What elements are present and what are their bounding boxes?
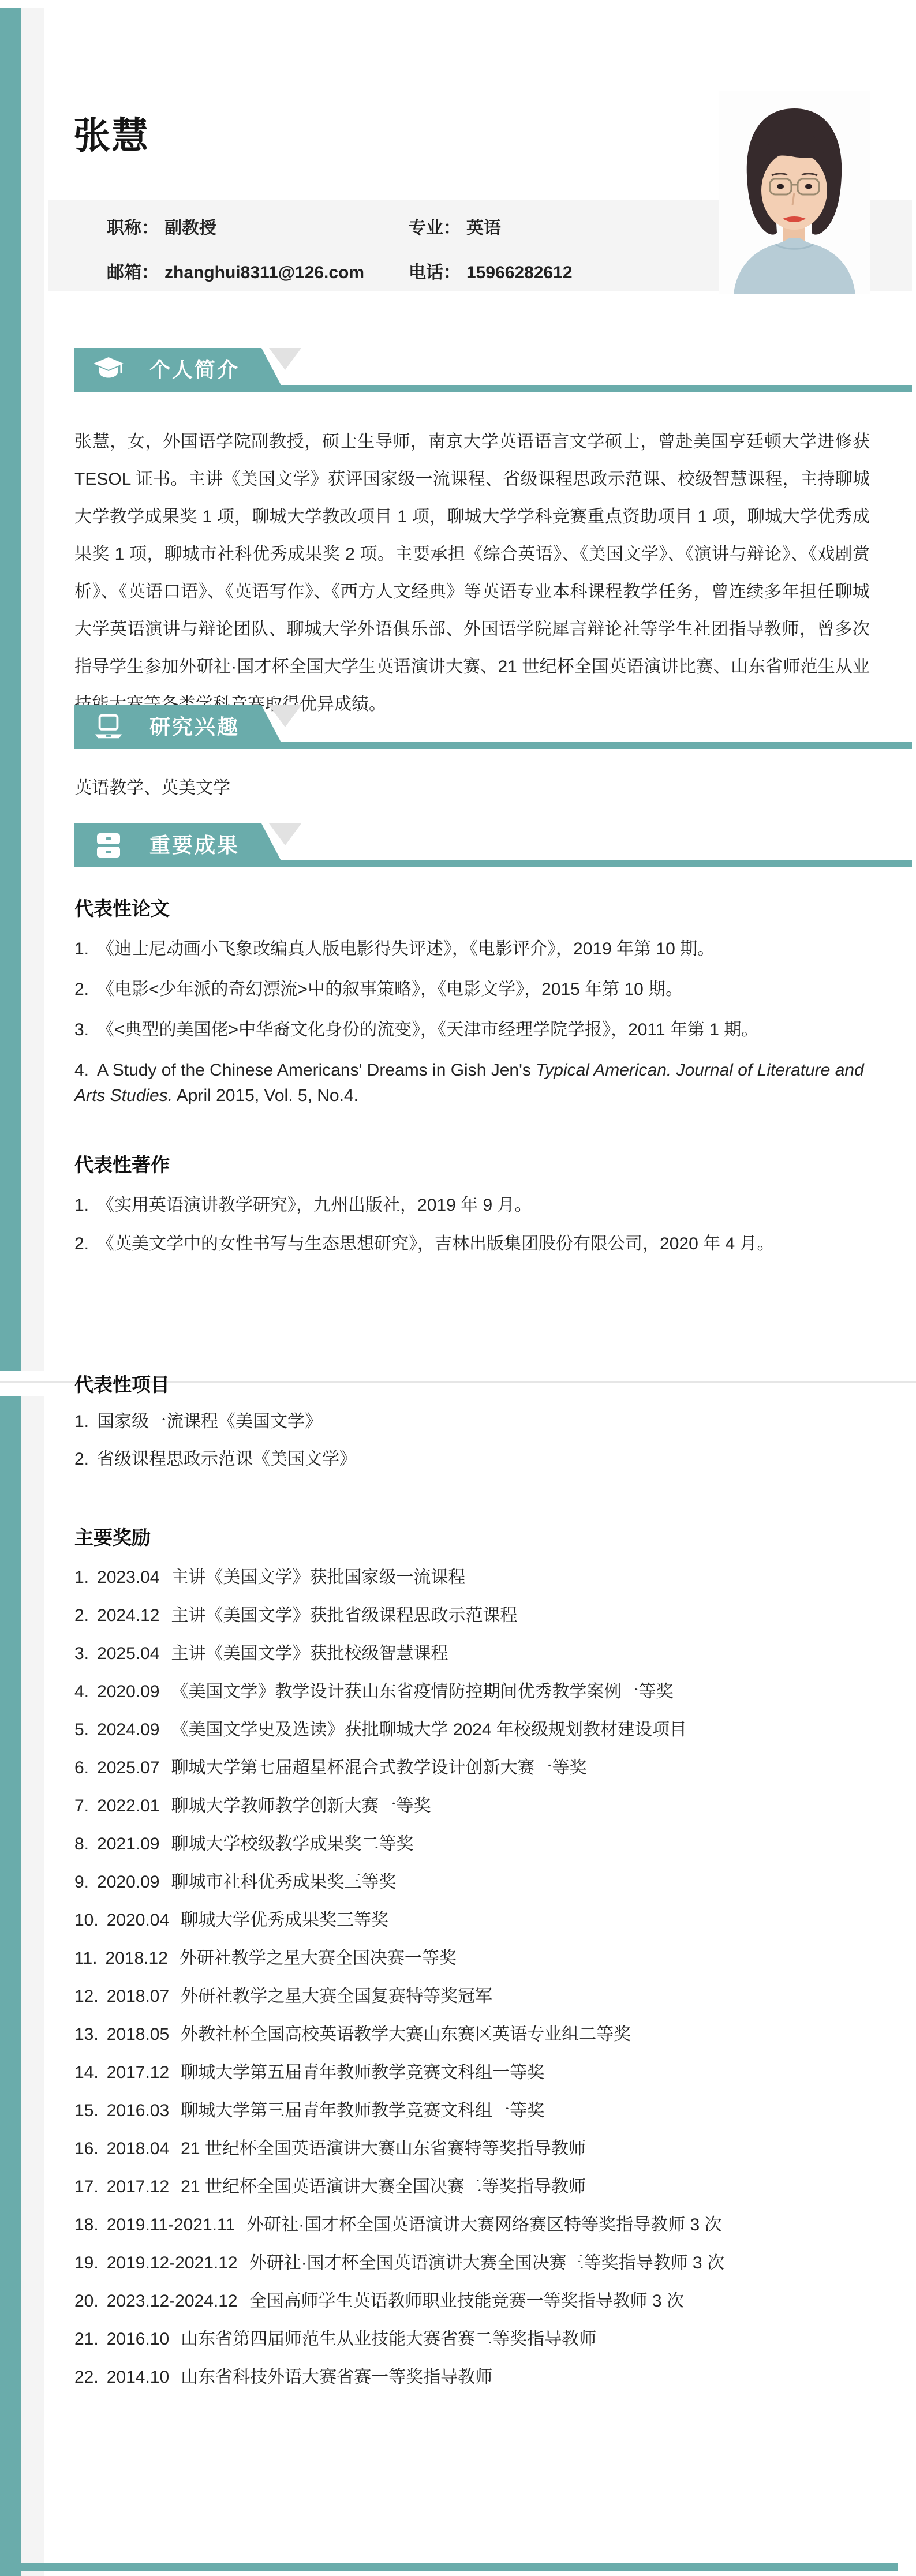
item-text: 《电影<少年派的奇幻漂流>中的叙事策略》，《电影文学》，2015 年第 10 期… [97,980,683,999]
item-text: 主讲《美国文学》获批省级课程思政示范课程 [171,1606,517,1625]
books-heading: 代表性著作 [74,1152,870,1178]
list-item: 10.2020.04聊城大学优秀成果奖三等奖 [74,1908,870,1933]
major-label: 专业： [409,219,461,238]
item-number: 21. [74,2330,99,2349]
item-text: 全国高师学生英语教师职业技能竞赛一等奖指导教师 3 次 [249,2292,684,2311]
list-item: 5.2024.09《美国文学史及选读》获批聊城大学 2024 年校级规划教材建设… [74,1717,870,1743]
list-item: 22.2014.10山东省科技外语大赛省赛一等奖指导教师 [74,2365,870,2390]
item-number: 4. [74,1061,89,1080]
item-text: 聊城大学第七届超星杯混合式教学设计创新大赛一等奖 [171,1758,586,1777]
item-number: 1. [74,939,89,958]
item-number: 14. [74,2063,99,2082]
phone-value: 15966282612 [466,263,573,282]
left-gray-bar-bottom [21,1396,44,2576]
item-text: 主讲《美国文学》获批国家级一流课程 [171,1568,465,1587]
item-date: 2024.09 [97,1720,159,1739]
email-label: 邮箱： [107,263,159,282]
item-number: 3. [74,1644,89,1663]
graduation-cap-icon [94,356,124,384]
item-text: 省级课程思政示范课《美国文学》 [97,1450,357,1469]
item-text: 聊城市社科优秀成果奖三等奖 [171,1873,396,1892]
item-text: 山东省第四届师范生从业技能大赛省赛二等奖指导教师 [181,2330,596,2349]
item-number: 2. [74,1450,89,1469]
item-number: 2. [74,980,89,999]
list-item: 1.国家级一流课程《美国文学》 [74,1409,870,1435]
phone-label: 电话： [409,263,461,282]
list-item: 7.2022.01聊城大学教师教学创新大赛一等奖 [74,1794,870,1819]
list-item: 4.A Study of the Chinese Americans' Drea… [74,1058,870,1109]
item-date: 2023.04 [97,1568,159,1587]
item-number: 16. [74,2139,99,2158]
list-item: 6.2025.07聊城大学第七届超星杯混合式教学设计创新大赛一等奖 [74,1755,870,1781]
item-number: 15. [74,2101,99,2120]
list-item: 2.省级课程思政示范课《美国文学》 [74,1447,870,1472]
list-item: 1.《实用英语演讲教学研究》，九州出版社，2019 年 9 月。 [74,1193,870,1218]
list-item: 15.2016.03聊城大学第三届青年教师教学竞赛文科组一等奖 [74,2098,870,2124]
projects-block: 代表性项目 1.国家级一流课程《美国文学》2.省级课程思政示范课《美国文学》 [74,1372,870,1484]
item-text: 聊城大学优秀成果奖三等奖 [181,1911,388,1930]
item-text: 国家级一流课程《美国文学》 [97,1412,322,1431]
item-number: 13. [74,2025,99,2044]
item-date: 2016.10 [107,2330,169,2349]
portrait-illustration [719,91,870,294]
bottom-accent-bar [19,2563,898,2571]
list-item: 1.2023.04主讲《美国文学》获批国家级一流课程 [74,1565,870,1590]
item-text: 外研社·国才杯全国英语演讲大赛全国决赛三等奖指导教师 3 次 [249,2253,724,2272]
item-number: 1. [74,1412,89,1431]
item-number: 11. [74,1949,97,1968]
item-number: 18. [74,2215,99,2234]
item-date: 2018.12 [105,1949,167,1968]
profile-photo [719,91,870,294]
item-number: 6. [74,1758,89,1777]
section-header-profile: 个人简介 [74,348,912,392]
item-date: 2018.05 [107,2025,169,2044]
list-item: 1.《迪士尼动画小飞象改编真人版电影得失评述》，《电影评介》，2019 年第 1… [74,937,870,962]
item-number: 17. [74,2177,99,2196]
item-text: 外研社教学之星大赛全国复赛特等奖冠军 [181,1987,492,2006]
awards-block: 主要奖励 1.2023.04主讲《美国文学》获批国家级一流课程2.2024.12… [74,1525,870,2403]
list-item: 2.《英美文学中的女性书写与生态思想研究》，吉林出版集团股份有限公司，2020 … [74,1231,870,1257]
item-date: 2022.01 [97,1796,159,1815]
list-item: 8.2021.09聊城大学校级教学成果奖二等奖 [74,1832,870,1857]
major-value: 英语 [466,219,501,238]
section-title: 重要成果 [149,823,240,867]
laptop-icon [94,713,124,741]
item-date: 2020.04 [107,1911,169,1930]
item-number: 7. [74,1796,89,1815]
item-date: 2017.12 [107,2063,169,2082]
list-item: 12.2018.07外研社教学之星大赛全国复赛特等奖冠军 [74,1984,870,2009]
item-number: 19. [74,2253,99,2272]
item-number: 1. [74,1196,89,1215]
item-number: 10. [74,1911,99,1930]
item-text: 《迪士尼动画小飞象改编真人版电影得失评述》，《电影评介》，2019 年第 10 … [97,939,715,958]
list-item: 16.2018.0421 世纪杯全国英语演讲大赛山东省赛特等奖指导教师 [74,2136,870,2162]
item-date: 2019.12-2021.12 [107,2253,238,2272]
item-text: 外研社·国才杯全国英语演讲大赛网络赛区特等奖指导教师 3 次 [246,2215,721,2234]
item-text: 外教社杯全国高校英语教学大赛山东赛区英语专业组二等奖 [181,2025,631,2044]
phone-field: 电话：15966282612 [409,258,573,283]
list-item: 20.2023.12-2024.12全国高师学生英语教师职业技能竞赛一等奖指导教… [74,2289,870,2314]
item-date: 2017.12 [107,2177,169,2196]
list-item: 11.2018.12外研社教学之星大赛全国决赛一等奖 [74,1946,870,1971]
item-number: 3. [74,1020,89,1039]
profile-text: 张慧，女，外国语学院副教授，硕士生导师，南京大学英语语言文学硕士，曾赴美国亨廷顿… [74,423,870,723]
awards-heading: 主要奖励 [74,1525,870,1551]
item-date: 2020.09 [97,1873,159,1892]
title-field: 职称：副教授 [107,214,216,239]
item-number: 12. [74,1987,99,2006]
ribbon-fold [269,348,301,370]
list-item: 2.《电影<少年派的奇幻漂流>中的叙事策略》，《电影文学》，2015 年第 10… [74,977,870,1002]
item-text: 聊城大学教师教学创新大赛一等奖 [171,1796,431,1815]
item-number: 4. [74,1682,89,1701]
archive-icon [94,832,124,859]
list-item: 2.2024.12主讲《美国文学》获批省级课程思政示范课程 [74,1603,870,1628]
item-date: 2021.09 [97,1834,159,1854]
item-date: 2019.11-2021.11 [107,2215,235,2234]
list-item: 13.2018.05外教社杯全国高校英语教学大赛山东赛区英语专业组二等奖 [74,2022,870,2047]
section-header-achievements: 重要成果 [74,823,912,867]
item-number: 2. [74,1606,89,1625]
left-accent-bar-top [0,8,21,1371]
item-date: 2025.07 [97,1758,159,1777]
list-item: 4.2020.09《美国文学》教学设计获山东省疫情防控期间优秀教学案例一等奖 [74,1679,870,1705]
item-text: 主讲《美国文学》获批校级智慧课程 [171,1644,448,1663]
awards-list: 1.2023.04主讲《美国文学》获批国家级一流课程2.2024.12主讲《美国… [74,1565,870,2390]
papers-heading: 代表性论文 [74,896,870,922]
email-field: 邮箱：zhanghui8311@126.com [107,258,364,283]
item-text: 《美国文学史及选读》获批聊城大学 2024 年校级规划教材建设项目 [171,1720,686,1739]
item-date: 2023.12-2024.12 [107,2292,238,2311]
list-item: 14.2017.12聊城大学第五届青年教师教学竞赛文科组一等奖 [74,2060,870,2085]
item-text: 聊城大学校级教学成果奖二等奖 [171,1834,413,1854]
projects-list: 1.国家级一流课程《美国文学》2.省级课程思政示范课《美国文学》 [74,1409,870,1472]
item-text: 《<典型的美国佬>中华裔文化身份的流变》，《天津市经理学院学报》，2011 年第… [97,1020,758,1039]
item-date: 2016.03 [107,2101,169,2120]
person-name: 张慧 [73,115,149,156]
item-date: 2024.12 [97,1606,159,1625]
resume-page: 张慧 职称：副教授 专业：英语 邮箱：zhanghui8311@126.com … [0,0,916,2576]
ribbon-fold [269,823,301,845]
section-title: 个人简介 [149,348,240,392]
item-date: 2020.09 [97,1682,159,1701]
item-number: 2. [74,1234,89,1253]
item-number: 5. [74,1720,89,1739]
item-number: 22. [74,2368,99,2387]
item-number: 20. [74,2292,99,2311]
left-gray-bar-top [21,8,44,1371]
item-text: 外研社教学之星大赛全国决赛一等奖 [180,1949,457,1968]
item-text: 21 世纪杯全国英语演讲大赛全国决赛二等奖指导教师 [181,2177,586,2196]
title-value: 副教授 [164,219,216,238]
title-label: 职称： [107,219,159,238]
item-text: 《实用英语演讲教学研究》，九州出版社，2019 年 9 月。 [97,1196,532,1215]
item-text: 《美国文学》教学设计获山东省疫情防控期间优秀教学案例一等奖 [171,1682,673,1701]
item-text: 聊城大学第三届青年教师教学竞赛文科组一等奖 [181,2101,544,2120]
item-number: 1. [74,1568,89,1587]
item-number: 8. [74,1834,89,1854]
list-item: 3.《<典型的美国佬>中华裔文化身份的流变》，《天津市经理学院学报》，2011 … [74,1017,870,1043]
list-item: 21.2016.10山东省第四届师范生从业技能大赛省赛二等奖指导教师 [74,2327,870,2352]
item-date: 2025.04 [97,1644,159,1663]
ribbon-fold [269,705,301,727]
list-item: 18.2019.11-2021.11外研社·国才杯全国英语演讲大赛网络赛区特等奖… [74,2212,870,2238]
item-number: 9. [74,1873,89,1892]
section-header-research: 研究兴趣 [74,705,912,749]
research-interests-text: 英语教学、英美文学 [74,776,230,801]
item-text: 21 世纪杯全国英语演讲大赛山东省赛特等奖指导教师 [181,2139,586,2158]
item-date: 2014.10 [107,2368,169,2387]
item-text: 聊城大学第五届青年教师教学竞赛文科组一等奖 [181,2063,544,2082]
left-accent-bar-bottom [0,1396,21,2576]
papers-list: 1.《迪士尼动画小飞象改编真人版电影得失评述》，《电影评介》，2019 年第 1… [74,937,870,1109]
list-item: 19.2019.12-2021.12外研社·国才杯全国英语演讲大赛全国决赛三等奖… [74,2251,870,2276]
email-value: zhanghui8311@126.com [164,263,364,282]
publications-block: 代表性论文 1.《迪士尼动画小飞象改编真人版电影得失评述》，《电影评介》，201… [74,896,870,1270]
list-item: 3.2025.04主讲《美国文学》获批校级智慧课程 [74,1641,870,1667]
item-date: 2018.04 [107,2139,169,2158]
major-field: 专业：英语 [409,214,501,239]
list-item: 17.2017.1221 世纪杯全国英语演讲大赛全国决赛二等奖指导教师 [74,2174,870,2200]
books-list: 1.《实用英语演讲教学研究》，九州出版社，2019 年 9 月。2.《英美文学中… [74,1193,870,1257]
item-text: 《英美文学中的女性书写与生态思想研究》，吉林出版集团股份有限公司，2020 年 … [97,1234,774,1253]
projects-heading: 代表性项目 [74,1372,870,1398]
item-text: A Study of the Chinese Americans' Dreams… [74,1061,864,1105]
item-text: 山东省科技外语大赛省赛一等奖指导教师 [181,2368,492,2387]
item-date: 2018.07 [107,1987,169,2006]
section-title: 研究兴趣 [149,705,240,749]
list-item: 9.2020.09聊城市社科优秀成果奖三等奖 [74,1870,870,1895]
